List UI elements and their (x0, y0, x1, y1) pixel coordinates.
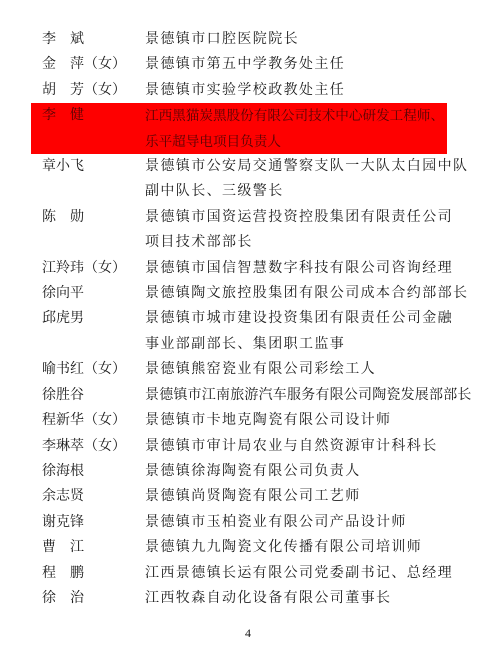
person-title: 景德镇陶文旅控股集团有限公司成本合约部部长 (145, 281, 496, 306)
roster-row: 徐向平 景德镇陶文旅控股集团有限公司成本合约部部长 (42, 281, 496, 306)
person-name: 喻书红（女） (42, 357, 145, 382)
roster-row: 程新华（女） 景德镇市卡地克陶瓷有限公司设计师 (42, 408, 496, 433)
roster-list: 李 斌 景德镇市口腔医院院长 金 萍（女） 景德镇市第五中学教务处主任 胡 芳（… (0, 0, 496, 611)
document-page: 李 斌 景德镇市口腔医院院长 金 萍（女） 景德镇市第五中学教务处主任 胡 芳（… (0, 0, 496, 671)
title-line: 景德镇市审计局农业与自然资源审计科科长 (145, 434, 496, 459)
person-title: 江西黑猫炭黑股份有限公司技术中心研发工程师、乐平超导电项目负责人 (145, 103, 447, 154)
title-line: 景德镇市口腔医院院长 (145, 27, 496, 52)
person-title: 景德镇市城市建设投资集团有限责任公司金融事业部副部长、集团职工监事 (145, 306, 496, 357)
roster-row: 金 萍（女） 景德镇市第五中学教务处主任 (42, 52, 496, 77)
title-line: 景德镇陶文旅控股集团有限公司成本合约部部长 (145, 281, 496, 306)
title-line: 景德镇市国资运营投资控股集团有限责任公司 (145, 205, 496, 230)
person-name: 余志贤 (42, 484, 145, 509)
person-name: 李 健 (42, 103, 145, 154)
title-line: 副中队长、三级警长 (145, 179, 496, 204)
roster-row-highlighted: 李 健 江西黑猫炭黑股份有限公司技术中心研发工程师、乐平超导电项目负责人 (31, 103, 447, 154)
person-title: 景德镇熊窑瓷业有限公司彩绘工人 (145, 357, 496, 382)
person-name: 曹 江 (42, 535, 145, 560)
person-title: 景德镇市卡地克陶瓷有限公司设计师 (145, 408, 496, 433)
person-title: 景德镇市国资运营投资控股集团有限责任公司项目技术部部长 (145, 205, 496, 256)
title-line: 景德镇市玉柏瓷业有限公司产品设计师 (145, 510, 496, 535)
person-name: 李琳萃（女） (42, 434, 145, 459)
person-name: 徐 治 (42, 586, 145, 611)
person-name: 江羚玮（女） (42, 256, 145, 281)
person-name: 陈 勋 (42, 205, 145, 256)
roster-row: 余志贤 景德镇尚贤陶瓷有限公司工艺师 (42, 484, 496, 509)
person-name: 章小飞 (42, 154, 145, 205)
person-name: 徐海根 (42, 459, 145, 484)
title-line: 江西牧森自动化设备有限公司董事长 (145, 586, 496, 611)
person-name: 李 斌 (42, 27, 145, 52)
title-line: 乐平超导电项目负责人 (145, 129, 447, 154)
person-title: 景德镇市公安局交通警察支队一大队太白园中队副中队长、三级警长 (145, 154, 496, 205)
person-title: 景德镇市江南旅游汽车服务有限公司陶瓷发展部部长 (145, 383, 496, 408)
title-line: 景德镇九九陶瓷文化传播有限公司培训师 (145, 535, 496, 560)
person-title: 江西牧森自动化设备有限公司董事长 (145, 586, 496, 611)
title-line: 江西景德镇长运有限公司党委副书记、总经理 (145, 561, 496, 586)
person-name: 金 萍（女） (42, 52, 145, 77)
title-line: 事业部副部长、集团职工监事 (145, 332, 496, 357)
title-line: 江西黑猫炭黑股份有限公司技术中心研发工程师、 (145, 103, 447, 128)
title-line: 景德镇熊窑瓷业有限公司彩绘工人 (145, 357, 496, 382)
title-line: 景德镇尚贤陶瓷有限公司工艺师 (145, 484, 496, 509)
person-name: 程新华（女） (42, 408, 145, 433)
roster-row: 喻书红（女） 景德镇熊窑瓷业有限公司彩绘工人 (42, 357, 496, 382)
person-title: 景德镇市国信智慧数字科技有限公司咨询经理 (145, 256, 496, 281)
roster-row: 李琳萃（女） 景德镇市审计局农业与自然资源审计科科长 (42, 434, 496, 459)
roster-row: 徐海根 景德镇徐海陶瓷有限公司负责人 (42, 459, 496, 484)
title-line: 景德镇市实验学校政教处主任 (145, 78, 496, 103)
person-name: 邱虎男 (42, 306, 145, 357)
title-line: 景德镇市公安局交通警察支队一大队太白园中队 (145, 154, 496, 179)
title-line: 景德镇市城市建设投资集团有限责任公司金融 (145, 306, 496, 331)
person-title: 景德镇九九陶瓷文化传播有限公司培训师 (145, 535, 496, 560)
roster-row: 江羚玮（女） 景德镇市国信智慧数字科技有限公司咨询经理 (42, 256, 496, 281)
title-line: 景德镇市第五中学教务处主任 (145, 52, 496, 77)
roster-row: 程 鹏 江西景德镇长运有限公司党委副书记、总经理 (42, 561, 496, 586)
title-line: 景德镇徐海陶瓷有限公司负责人 (145, 459, 496, 484)
page-number: 4 (0, 626, 496, 640)
roster-row: 邱虎男 景德镇市城市建设投资集团有限责任公司金融事业部副部长、集团职工监事 (42, 306, 496, 357)
person-title: 景德镇市第五中学教务处主任 (145, 52, 496, 77)
person-title: 景德镇市实验学校政教处主任 (145, 78, 496, 103)
roster-row: 徐胜谷 景德镇市江南旅游汽车服务有限公司陶瓷发展部部长 (42, 383, 496, 408)
person-title: 景德镇市口腔医院院长 (145, 27, 496, 52)
person-name: 胡 芳（女） (42, 78, 145, 103)
roster-row: 章小飞 景德镇市公安局交通警察支队一大队太白园中队副中队长、三级警长 (42, 154, 496, 205)
roster-row: 曹 江 景德镇九九陶瓷文化传播有限公司培训师 (42, 535, 496, 560)
roster-row: 陈 勋 景德镇市国资运营投资控股集团有限责任公司项目技术部部长 (42, 205, 496, 256)
person-title: 江西景德镇长运有限公司党委副书记、总经理 (145, 561, 496, 586)
person-title: 景德镇徐海陶瓷有限公司负责人 (145, 459, 496, 484)
title-line: 景德镇市国信智慧数字科技有限公司咨询经理 (145, 256, 496, 281)
person-name: 徐胜谷 (42, 383, 145, 408)
person-name: 谢克锋 (42, 510, 145, 535)
roster-row: 胡 芳（女） 景德镇市实验学校政教处主任 (42, 78, 496, 103)
roster-row: 谢克锋 景德镇市玉柏瓷业有限公司产品设计师 (42, 510, 496, 535)
roster-row: 李 斌 景德镇市口腔医院院长 (42, 27, 496, 52)
person-title: 景德镇市玉柏瓷业有限公司产品设计师 (145, 510, 496, 535)
person-name: 程 鹏 (42, 561, 145, 586)
roster-row: 徐 治 江西牧森自动化设备有限公司董事长 (42, 586, 496, 611)
title-line: 景德镇市江南旅游汽车服务有限公司陶瓷发展部部长 (145, 383, 496, 408)
title-line: 项目技术部部长 (145, 230, 496, 255)
person-title: 景德镇尚贤陶瓷有限公司工艺师 (145, 484, 496, 509)
person-title: 景德镇市审计局农业与自然资源审计科科长 (145, 434, 496, 459)
title-line: 景德镇市卡地克陶瓷有限公司设计师 (145, 408, 496, 433)
person-name: 徐向平 (42, 281, 145, 306)
